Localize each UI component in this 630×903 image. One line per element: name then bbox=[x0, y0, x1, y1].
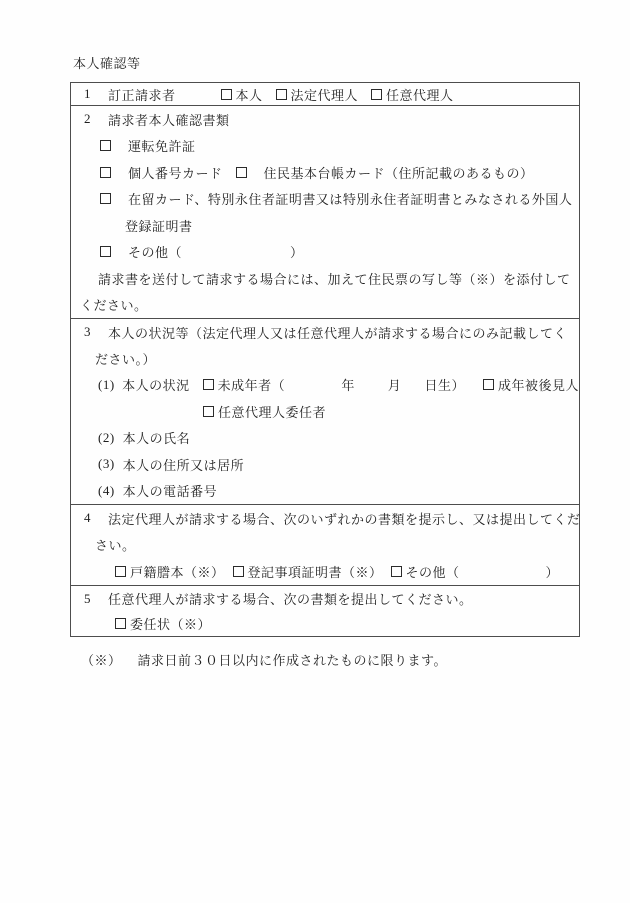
checkbox-residence-card[interactable] bbox=[100, 193, 111, 204]
section-3: 3 本人の状況等（法定代理人又は任意代理人が請求する場合にのみ記載してく ださい… bbox=[71, 318, 579, 504]
section-3-header-line2: ださい。） bbox=[71, 345, 579, 371]
day-close-label: 日生） bbox=[424, 375, 465, 394]
checkbox-mynumber-card[interactable] bbox=[100, 167, 111, 178]
section-3-number: 3 bbox=[84, 324, 92, 340]
item-other-open: その他（ bbox=[128, 242, 182, 261]
question-4-line: (4) 本人の電話番号 bbox=[71, 477, 579, 503]
item-residence-card-line2: 登録証明書 bbox=[71, 212, 579, 239]
section-2: 2 請求者本人確認書類 運転免許証 個人番号カード 住民基本台帳カード（住所記載… bbox=[71, 105, 579, 318]
item-residence-label-l2: 登録証明書 bbox=[125, 216, 193, 235]
item-id-cards-line: 個人番号カード 住民基本台帳カード（住所記載のあるもの） bbox=[71, 159, 579, 186]
section-3-label-l1: 本人の状況等（法定代理人又は任意代理人が請求する場合にのみ記載してく bbox=[108, 323, 567, 342]
checkbox-legal-representative[interactable] bbox=[276, 89, 287, 100]
checkbox-registration-certificate[interactable] bbox=[233, 566, 244, 577]
document-page: 本人確認等 1 訂正請求者 本人 法定代理人 任意代理人 2 請求者本人確認書類 bbox=[0, 0, 630, 903]
power-of-attorney-line: 委任状（※） bbox=[71, 611, 579, 636]
section-1-label: 訂正請求者 bbox=[108, 85, 176, 104]
section-4: 4 法定代理人が請求する場合、次のいずれかの書類を提示し、又は提出してくだ さい… bbox=[71, 504, 579, 585]
section-2-note-line1: 請求書を送付して請求する場合には、加えて住民票の写し等（※）を添付して bbox=[71, 265, 579, 292]
item-mynumber-label: 個人番号カード bbox=[128, 163, 223, 182]
checkbox-other-document[interactable] bbox=[100, 246, 111, 257]
checkbox-voluntary-representative[interactable] bbox=[371, 89, 382, 100]
checkbox-drivers-license[interactable] bbox=[100, 140, 111, 151]
other-s4-close-label: ） bbox=[546, 562, 560, 581]
option-legal-label: 法定代理人 bbox=[291, 85, 359, 104]
question-3-line: (3) 本人の住所又は居所 bbox=[71, 451, 579, 477]
section-3-header-line1: 3 本人の状況等（法定代理人又は任意代理人が請求する場合にのみ記載してく bbox=[71, 319, 579, 345]
question-4-number: (4) bbox=[98, 483, 115, 499]
option-self-label: 本人 bbox=[236, 85, 263, 104]
identity-verification-table: 1 訂正請求者 本人 法定代理人 任意代理人 2 請求者本人確認書類 運転免許証 bbox=[70, 82, 580, 637]
section-4-number: 4 bbox=[84, 510, 92, 526]
section-2-note-line2: ください。 bbox=[71, 292, 579, 319]
section-5-header-line: 5 任意代理人が請求する場合、次の書類を提出してください。 bbox=[71, 586, 579, 611]
month-label: 月 bbox=[388, 375, 402, 394]
section-3-label-l2: ださい。） bbox=[95, 349, 156, 368]
question-1-number: (1) bbox=[98, 377, 114, 393]
section-2-number: 2 bbox=[84, 111, 92, 127]
item-juki-label: 住民基本台帳カード（住所記載のあるもの） bbox=[264, 163, 534, 182]
section-2-header-line: 2 請求者本人確認書類 bbox=[71, 106, 579, 133]
question-3-label: 本人の住所又は居所 bbox=[123, 455, 245, 474]
adult-ward-label: 成年被後見人 bbox=[498, 375, 579, 394]
voluntary-delegator-label: 任意代理人委任者 bbox=[218, 402, 326, 421]
footnote-marker: （※） bbox=[81, 650, 122, 669]
item-drivers-license-line: 運転免許証 bbox=[71, 133, 579, 160]
item-other-close: ） bbox=[290, 242, 304, 261]
question-2-number: (2) bbox=[98, 430, 115, 446]
item-drivers-license-label: 運転免許証 bbox=[128, 136, 196, 155]
section-5-label: 任意代理人が請求する場合、次の書類を提出してください。 bbox=[108, 589, 473, 608]
section-1-header-line: 1 訂正請求者 本人 法定代理人 任意代理人 bbox=[71, 83, 579, 105]
section-4-header-line1: 4 法定代理人が請求する場合、次のいずれかの書類を提示し、又は提出してくだ bbox=[71, 505, 579, 532]
question-1-label: 本人の状況 bbox=[122, 375, 190, 394]
option-voluntary-label: 任意代理人 bbox=[386, 85, 454, 104]
footnote: （※） 請求日前３０日以内に作成されたものに限ります。 bbox=[81, 650, 447, 669]
checkbox-family-register[interactable] bbox=[115, 566, 126, 577]
voluntary-delegator-line: 任意代理人委任者 bbox=[71, 398, 579, 424]
checkbox-other-s4[interactable] bbox=[391, 566, 402, 577]
item-other-line: その他（ ） bbox=[71, 239, 579, 266]
checkbox-voluntary-delegator[interactable] bbox=[203, 406, 214, 417]
registration-certificate-label: 登記事項証明書（※） bbox=[248, 562, 383, 581]
item-residence-card-line: 在留カード、特別永住者証明書又は特別永住者証明書とみなされる外国人 bbox=[71, 186, 579, 213]
section-1-number: 1 bbox=[84, 86, 92, 102]
section-4-label-l1: 法定代理人が請求する場合、次のいずれかの書類を提示し、又は提出してくだ bbox=[108, 509, 581, 528]
section-4-header-line2: さい。 bbox=[71, 532, 579, 559]
year-label: 年 bbox=[341, 375, 355, 394]
question-4-label: 本人の電話番号 bbox=[123, 481, 218, 500]
other-s4-open-label: その他（ bbox=[406, 562, 460, 581]
question-3-number: (3) bbox=[98, 456, 115, 472]
checkbox-self[interactable] bbox=[221, 89, 232, 100]
item-residence-label-l1: 在留カード、特別永住者証明書又は特別永住者証明書とみなされる外国人 bbox=[128, 189, 572, 208]
section-5-number: 5 bbox=[84, 591, 92, 607]
question-2-line: (2) 本人の氏名 bbox=[71, 425, 579, 451]
power-of-attorney-label: 委任状（※） bbox=[130, 614, 211, 633]
note-text-l2: ください。 bbox=[80, 295, 148, 314]
note-text-l1: 請求書を送付して請求する場合には、加えて住民票の写し等（※）を添付して bbox=[98, 269, 571, 288]
page-title: 本人確認等 bbox=[73, 53, 141, 72]
checkbox-power-of-attorney[interactable] bbox=[115, 618, 126, 629]
section-5: 5 任意代理人が請求する場合、次の書類を提出してください。 委任状（※） bbox=[71, 585, 579, 636]
checkbox-minor[interactable] bbox=[203, 379, 214, 390]
minor-open-label: 未成年者（ bbox=[218, 375, 286, 394]
section-4-label-l2: さい。 bbox=[95, 535, 136, 554]
section-2-label: 請求者本人確認書類 bbox=[108, 110, 230, 129]
footnote-text: 請求日前３０日以内に作成されたものに限ります。 bbox=[138, 650, 447, 669]
question-2-label: 本人の氏名 bbox=[123, 428, 191, 447]
family-register-label: 戸籍謄本（※） bbox=[130, 562, 225, 581]
section-1: 1 訂正請求者 本人 法定代理人 任意代理人 bbox=[71, 83, 579, 105]
section-4-documents-line: 戸籍謄本（※） 登記事項証明書（※） その他（ ） bbox=[71, 558, 579, 585]
checkbox-basic-resident-card[interactable] bbox=[236, 167, 247, 178]
question-1-line: (1) 本人の状況 未成年者（ 年 月 日生） 成年被後見人 bbox=[71, 372, 579, 398]
checkbox-adult-ward[interactable] bbox=[483, 379, 494, 390]
